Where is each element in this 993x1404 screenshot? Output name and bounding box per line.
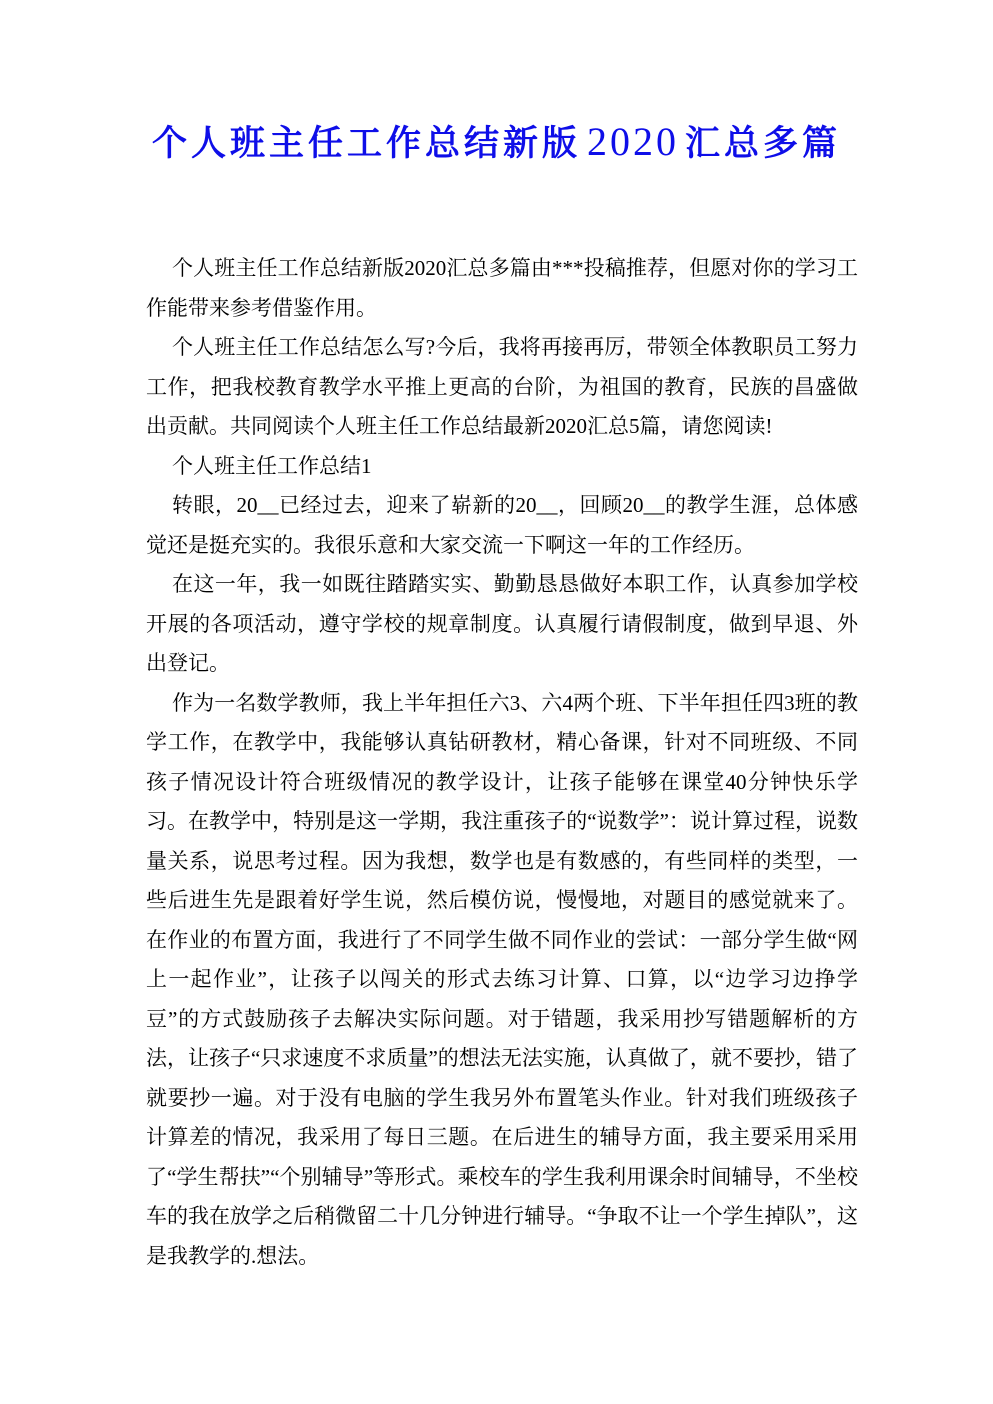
document-body: 个人班主任工作总结新版2020汇总多篇由***投稿推荐，但愿对你的学习工作能带来…	[146, 249, 858, 1276]
document-page: 个人班主任工作总结新版2020汇总多篇 个人班主任工作总结新版2020汇总多篇由…	[0, 0, 993, 1404]
paragraph-section-heading: 个人班主任工作总结1	[146, 447, 858, 487]
paragraph-year-review: 转眼，20__已经过去，迎来了崭新的20__，回顾20__的教学生涯，总体感觉还…	[146, 486, 858, 565]
paragraph-intro: 个人班主任工作总结新版2020汇总多篇由***投稿推荐，但愿对你的学习工作能带来…	[146, 249, 858, 328]
paragraph-foreword: 个人班主任工作总结怎么写?今后，我将再接再厉，带领全体教职员工努力工作，把我校教…	[146, 328, 858, 447]
title-text-trailing: 汇总多篇	[685, 124, 841, 163]
title-year: 2020	[581, 119, 685, 164]
paragraph-work-attitude: 在这一年，我一如既往踏踏实实、勤勤恳恳做好本职工作，认真参加学校开展的各项活动，…	[146, 565, 858, 684]
document-title: 个人班主任工作总结新版2020汇总多篇	[0, 116, 993, 170]
title-text-leading: 个人班主任工作总结新版	[152, 124, 581, 163]
paragraph-teaching-detail: 作为一名数学教师，我上半年担任六3、六4两个班、下半年担任四3班的教学工作，在教…	[146, 684, 858, 1277]
